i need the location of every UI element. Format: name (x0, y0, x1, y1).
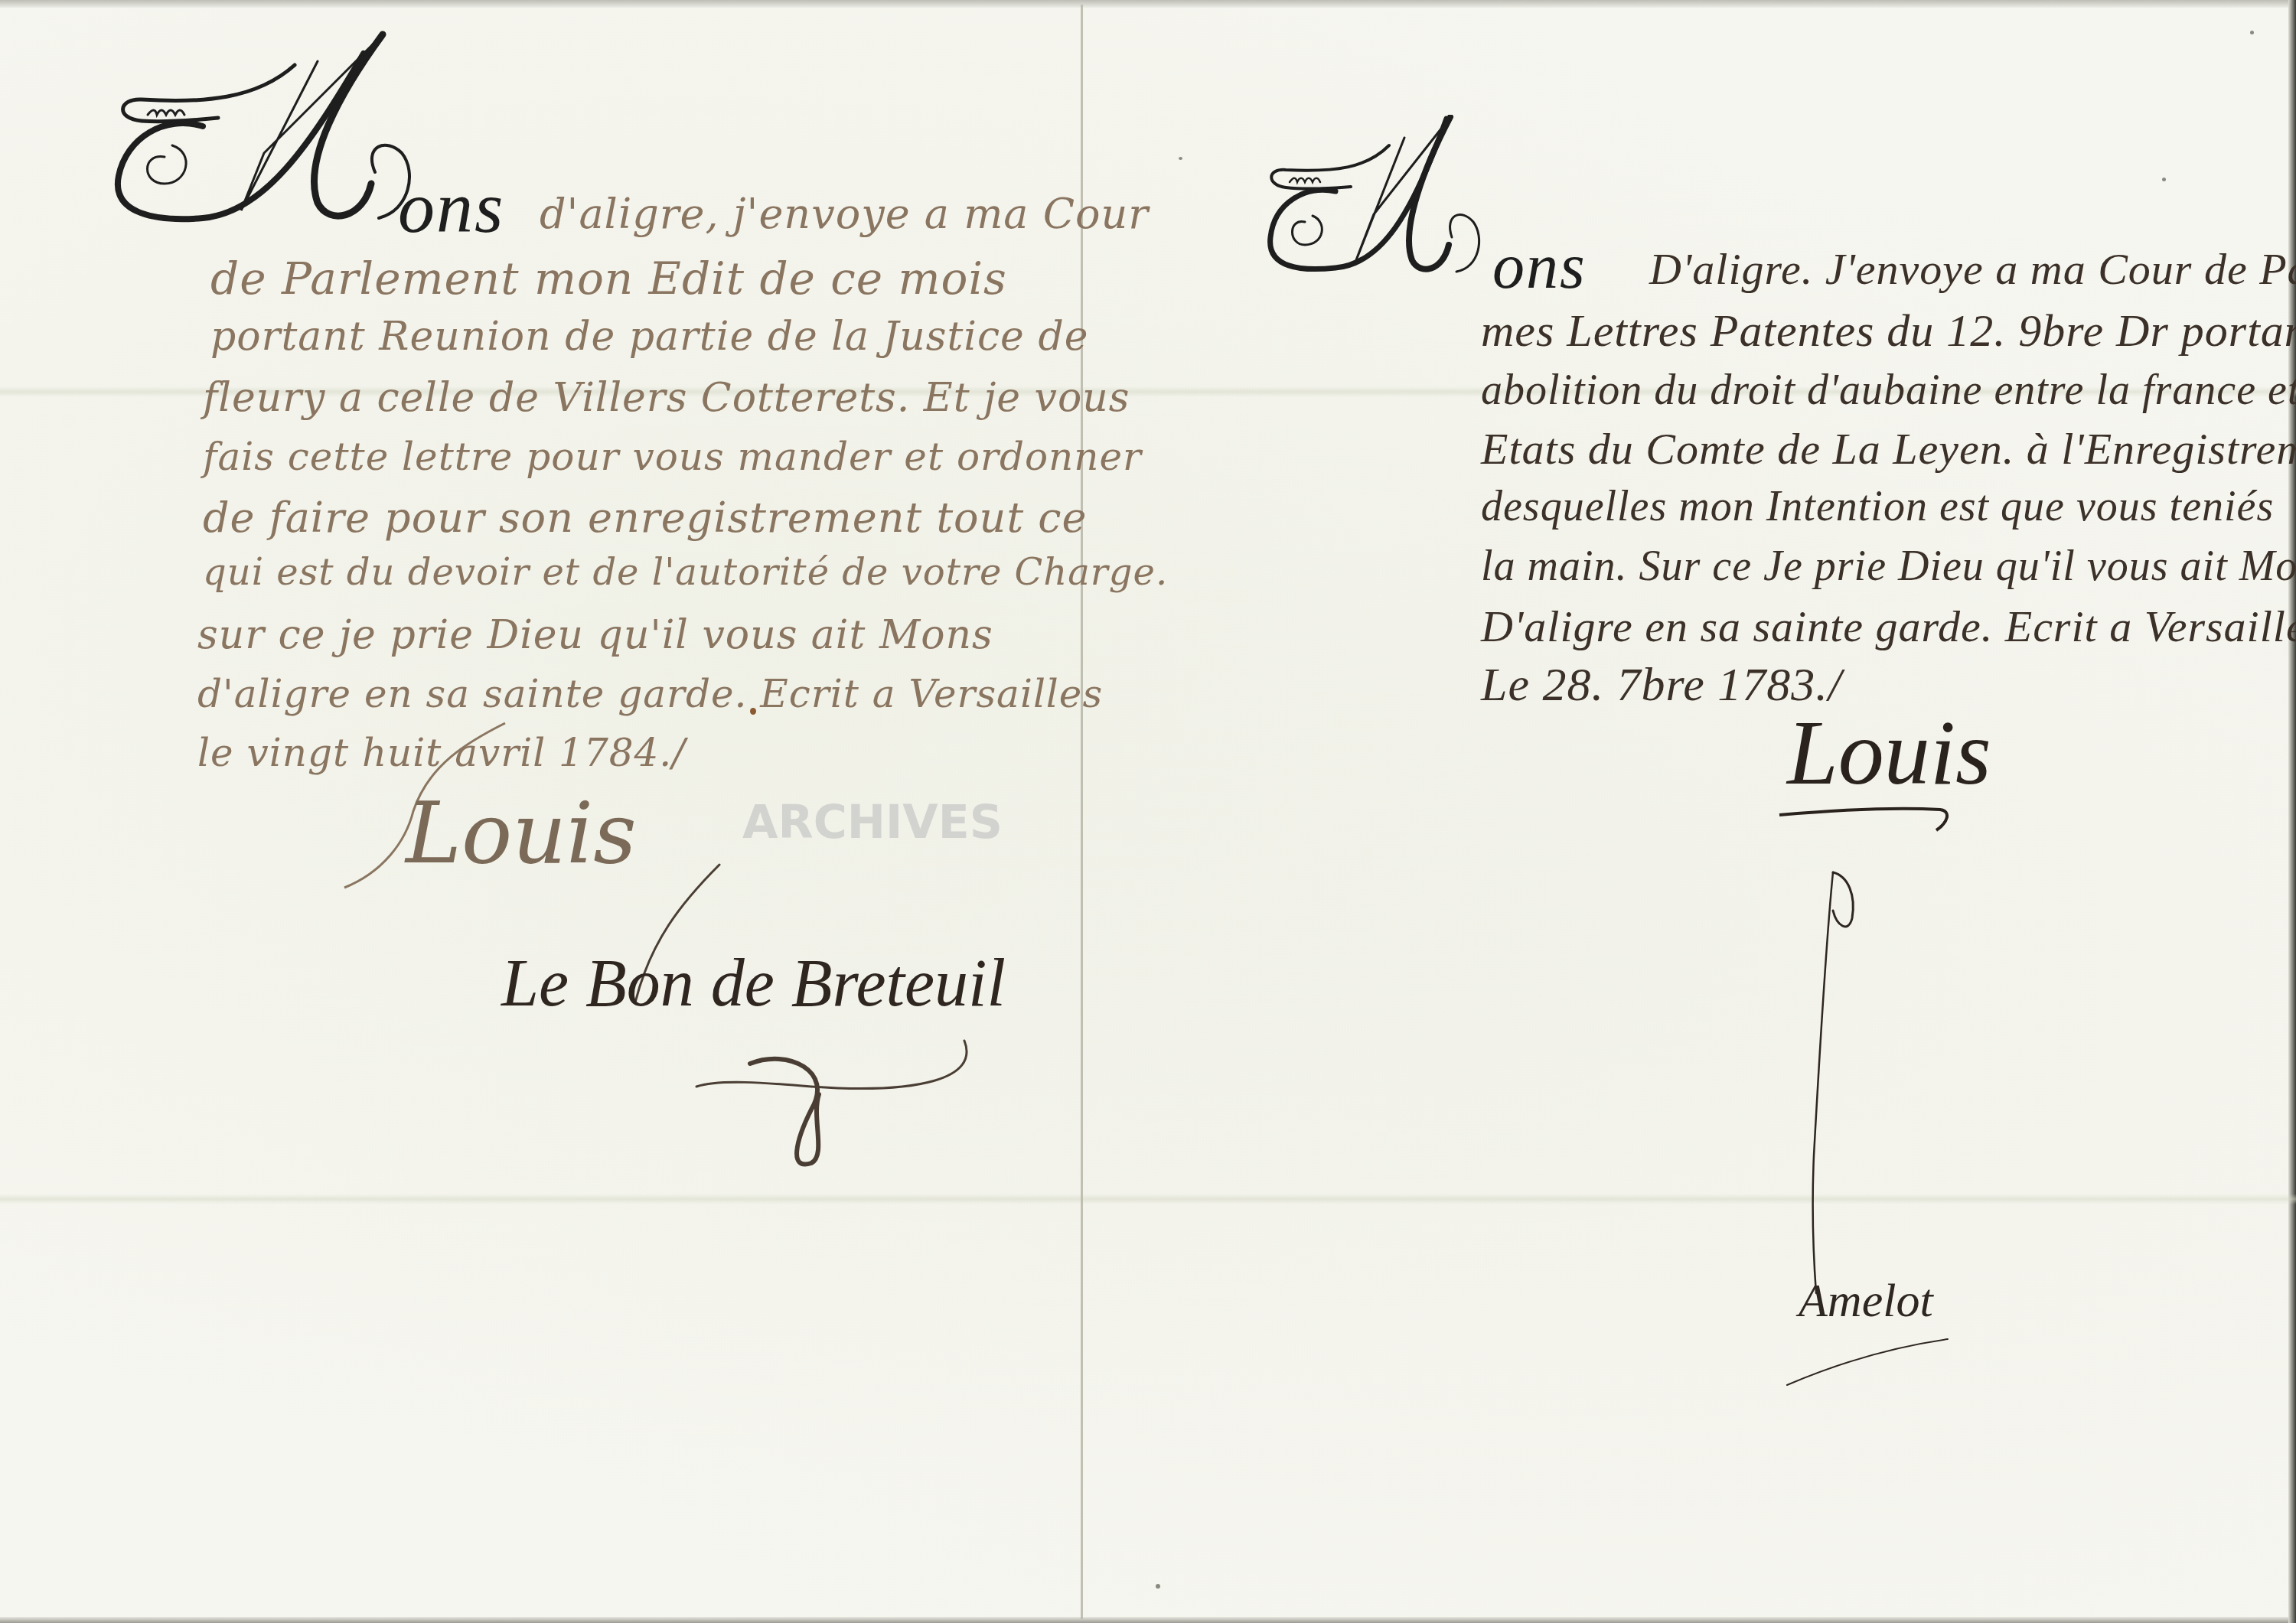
letter-line: fais cette lettre pour vous mander et or… (203, 435, 1142, 479)
salutation-rest: ons (398, 165, 504, 249)
letter-line: d'aligre en sa sainte garde. Ecrit a Ver… (197, 672, 1103, 716)
paper-speck (1179, 157, 1182, 160)
letter-line: la main. Sur ce Je prie Dieu qu'il vous … (1481, 542, 2296, 591)
scanned-document-sheet: ons d'aligre, j'envoye a ma Cour de Parl… (0, 0, 2296, 1623)
letter-line: fleury a celle de Villers Cotterets. Et … (203, 375, 1130, 421)
paper-speck (750, 708, 756, 715)
letter-line: qui est du devoir et de l'autorité de vo… (203, 551, 1168, 594)
letter-line: sur ce je prie Dieu qu'il vous ait Mons (197, 612, 993, 658)
letter-line: desquelles mon Intention est que vous te… (1481, 482, 2274, 531)
faint-archive-stamp: ARCHIVES (742, 796, 1003, 849)
countersignature: Amelot (1799, 1274, 1933, 1328)
letter-line: abolition du droit d'aubaine entre la fr… (1481, 366, 2296, 415)
letter-line: D'aligre. J'envoye a ma Cour de Parlemen… (1649, 243, 2296, 295)
paper-speck (2162, 178, 2166, 181)
salutation-rest: ons (1492, 230, 1587, 304)
countersignature: Le Bon de Breteuil (501, 945, 1006, 1022)
letter-line: de faire pour son enregistrement tout ce (203, 494, 1087, 542)
letter-line: mes Lettres Patentes du 12. 9bre Dr port… (1481, 305, 2296, 357)
right-letter: ons D'aligre. J'envoye a ma Cour de Parl… (1083, 0, 2288, 1623)
signature-underline-icon (1772, 796, 1971, 834)
paper-speck (1156, 1584, 1160, 1589)
letter-line: d'aligre, j'envoye a ma Cour (540, 190, 1149, 238)
letter-line: portant Reunion de partie de la Justice … (210, 314, 1088, 360)
left-letter: ons d'aligre, j'envoye a ma Cour de Parl… (0, 0, 1081, 1623)
letter-line: de Parlement mon Edit de ce mois (210, 253, 1007, 305)
paper-speck (2250, 31, 2254, 34)
king-signature: Louis (1787, 700, 1991, 806)
letter-line: Etats du Comte de La Leyen. à l'Enregist… (1481, 423, 2296, 474)
ornate-initial-m-icon (1267, 115, 1527, 298)
letter-line: D'aligre en sa sainte garde. Ecrit a Ver… (1481, 601, 2296, 652)
